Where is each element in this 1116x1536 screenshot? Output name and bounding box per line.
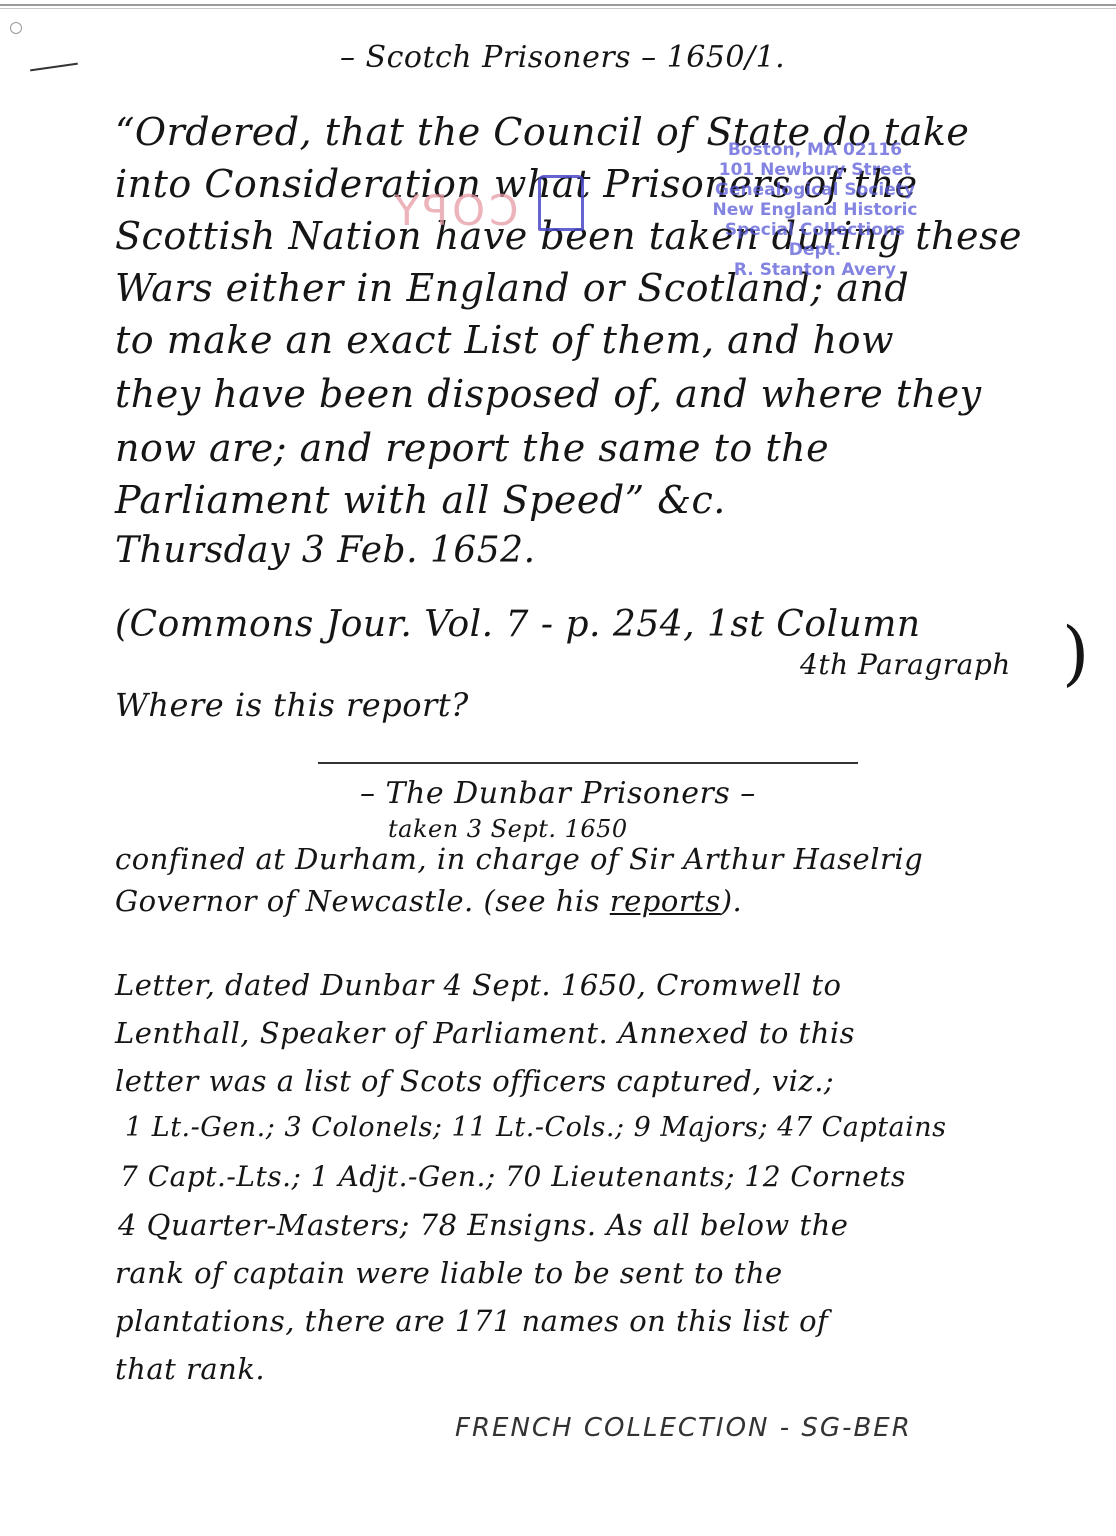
punch-hole-mark: [10, 22, 22, 34]
section-title: – The Dunbar Prisoners –: [360, 776, 756, 811]
page-edge-line: [0, 4, 1116, 6]
date-line: Thursday 3 Feb. 1652.: [115, 530, 536, 571]
library-stamp: Boston, MA 02116 101 Newbury Street Gene…: [700, 140, 930, 280]
library-stamp-line: R. Stanton Avery: [700, 260, 930, 280]
section-divider: [318, 762, 858, 764]
closing-parenthesis: ): [1062, 612, 1089, 694]
section-line-end: ).: [721, 884, 743, 918]
question-line: Where is this report?: [115, 686, 469, 724]
order-line: to make an exact List of them, and how: [115, 318, 894, 362]
library-stamp-line: Genealogical Society: [700, 180, 930, 200]
document-title: – Scotch Prisoners – 1650/1.: [340, 40, 785, 75]
order-line: they have been disposed of, and where th…: [115, 372, 982, 416]
order-line: now are; and report the same to the: [115, 426, 829, 470]
letter-line: 4 Quarter-Masters; 78 Ensigns. As all be…: [118, 1208, 848, 1242]
letter-line: Lenthall, Speaker of Parliament. Annexed…: [115, 1016, 855, 1050]
library-stamp-line: Special Collections Dept.: [700, 220, 930, 260]
letter-line: rank of captain were liable to be sent t…: [115, 1256, 783, 1290]
letter-line: that rank.: [115, 1352, 265, 1386]
underlined-word: reports: [610, 884, 721, 918]
copy-stamp: COPY: [390, 186, 518, 235]
stamp-box-mark: [538, 175, 584, 231]
page-edge-line: [0, 8, 1116, 9]
footer-handwritten-note: FRENCH COLLECTION - SG-BER: [455, 1413, 912, 1443]
scanned-document-page: – Scotch Prisoners – 1650/1. “Ordered, t…: [0, 0, 1116, 1536]
library-stamp-line: Boston, MA 02116: [700, 140, 930, 160]
section-line-text: Governor of Newcastle. (see his: [115, 884, 610, 918]
library-stamp-line: New England Historic: [700, 200, 930, 220]
letter-line: plantations, there are 171 names on this…: [115, 1304, 828, 1338]
section-subtitle: taken 3 Sept. 1650: [388, 815, 628, 843]
reference-line: (Commons Jour. Vol. 7 - p. 254, 1st Colu…: [115, 604, 921, 645]
library-stamp-line: 101 Newbury Street: [700, 160, 930, 180]
section-line: Governor of Newcastle. (see his reports)…: [115, 884, 742, 918]
section-line: confined at Durham, in charge of Sir Art…: [115, 842, 923, 876]
margin-pen-mark: [30, 63, 78, 72]
letter-line: Letter, dated Dunbar 4 Sept. 1650, Cromw…: [115, 968, 841, 1002]
order-line: Parliament with all Speed” &c.: [115, 478, 726, 522]
letter-line: letter was a list of Scots officers capt…: [115, 1064, 834, 1098]
reference-subline: 4th Paragraph: [800, 648, 1011, 681]
letter-line: 1 Lt.-Gen.; 3 Colonels; 11 Lt.-Cols.; 9 …: [125, 1112, 947, 1143]
letter-line: 7 Capt.-Lts.; 1 Adjt.-Gen.; 70 Lieutenan…: [120, 1160, 906, 1193]
